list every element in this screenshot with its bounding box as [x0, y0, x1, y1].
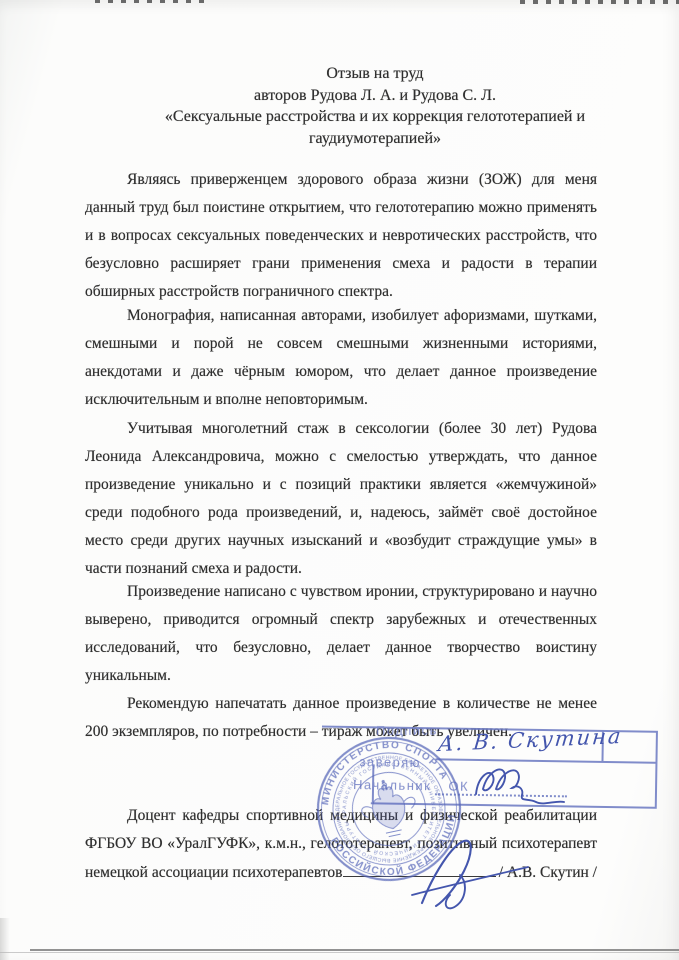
eagle-emblem-icon: [356, 774, 421, 841]
scan-artifact-corner: [0, 918, 10, 960]
text-line: безусловно расширяет грани применения см…: [85, 250, 597, 278]
title-line: гаудиумотерапией»: [119, 128, 631, 150]
handwritten-signature-small: [470, 760, 570, 808]
scanned-review-document: Отзыв на трудавторов Рудова Л. А. и Рудо…: [0, 0, 679, 960]
text-line: уникальным.: [85, 662, 597, 690]
scan-artifact-top-left: [95, 0, 205, 3]
paragraph-4: Произведение написано с чувством иронии,…: [85, 578, 597, 690]
text-line: и в вопросах сексуальных поведенческих и…: [85, 222, 597, 250]
text-line: Являясь приверженцем здорового образа жи…: [85, 166, 597, 194]
text-line: произведение уникально и с позиций практ…: [85, 471, 597, 499]
text-line: выверено, приводится огромный спектр зар…: [85, 606, 597, 634]
handwritten-signature-large: [408, 833, 533, 913]
title-line: авторов Рудова Л. А. и Рудова С. Л.: [119, 85, 631, 107]
text-line: Произведение написано с чувством иронии,…: [85, 578, 597, 606]
text-line: данный труд был поистине открытием, что …: [85, 194, 597, 222]
text-line: смешными и порой не совсем смешными жизн…: [85, 330, 597, 358]
text-line: Учитывая многолетний стаж в сексологии (…: [85, 415, 597, 443]
stamp-frame-right: [655, 731, 658, 809]
text-line: среди подобного рода произведений, и, на…: [85, 499, 597, 527]
title-line: Отзыв на труд: [119, 63, 631, 85]
text-line: место среди других научных изысканий и «…: [85, 527, 597, 555]
paragraph-1: Являясь приверженцем здорового образа жи…: [85, 166, 597, 306]
text-line: анекдотами и даже чёрным юмором, что дел…: [85, 358, 597, 386]
text-line: Рекомендую напечатать данное произведени…: [85, 690, 597, 718]
paragraph-3: Учитывая многолетний стаж в сексологии (…: [85, 415, 597, 582]
text-line: исследований, что безусловно, делает дан…: [85, 634, 597, 662]
paragraph-2: Монография, написанная авторами, изобилу…: [85, 302, 597, 414]
text-line: Монография, написанная авторами, изобилу…: [85, 302, 597, 330]
text-line: Леонида Александровича, можно с смелость…: [85, 443, 597, 471]
title-line: «Сексуальные расстройства и их коррекция…: [119, 106, 631, 128]
scan-artifact-bottom-edge: [0, 952, 679, 953]
closing-tail-text: немецкой ассоциации психотерапевтов: [85, 859, 342, 887]
scan-artifact-top-right: [520, 0, 679, 4]
text-line: исключительным и вполне неповторимым.: [85, 386, 597, 414]
document-title: Отзыв на трудавторов Рудова Л. А. и Рудо…: [85, 63, 631, 150]
